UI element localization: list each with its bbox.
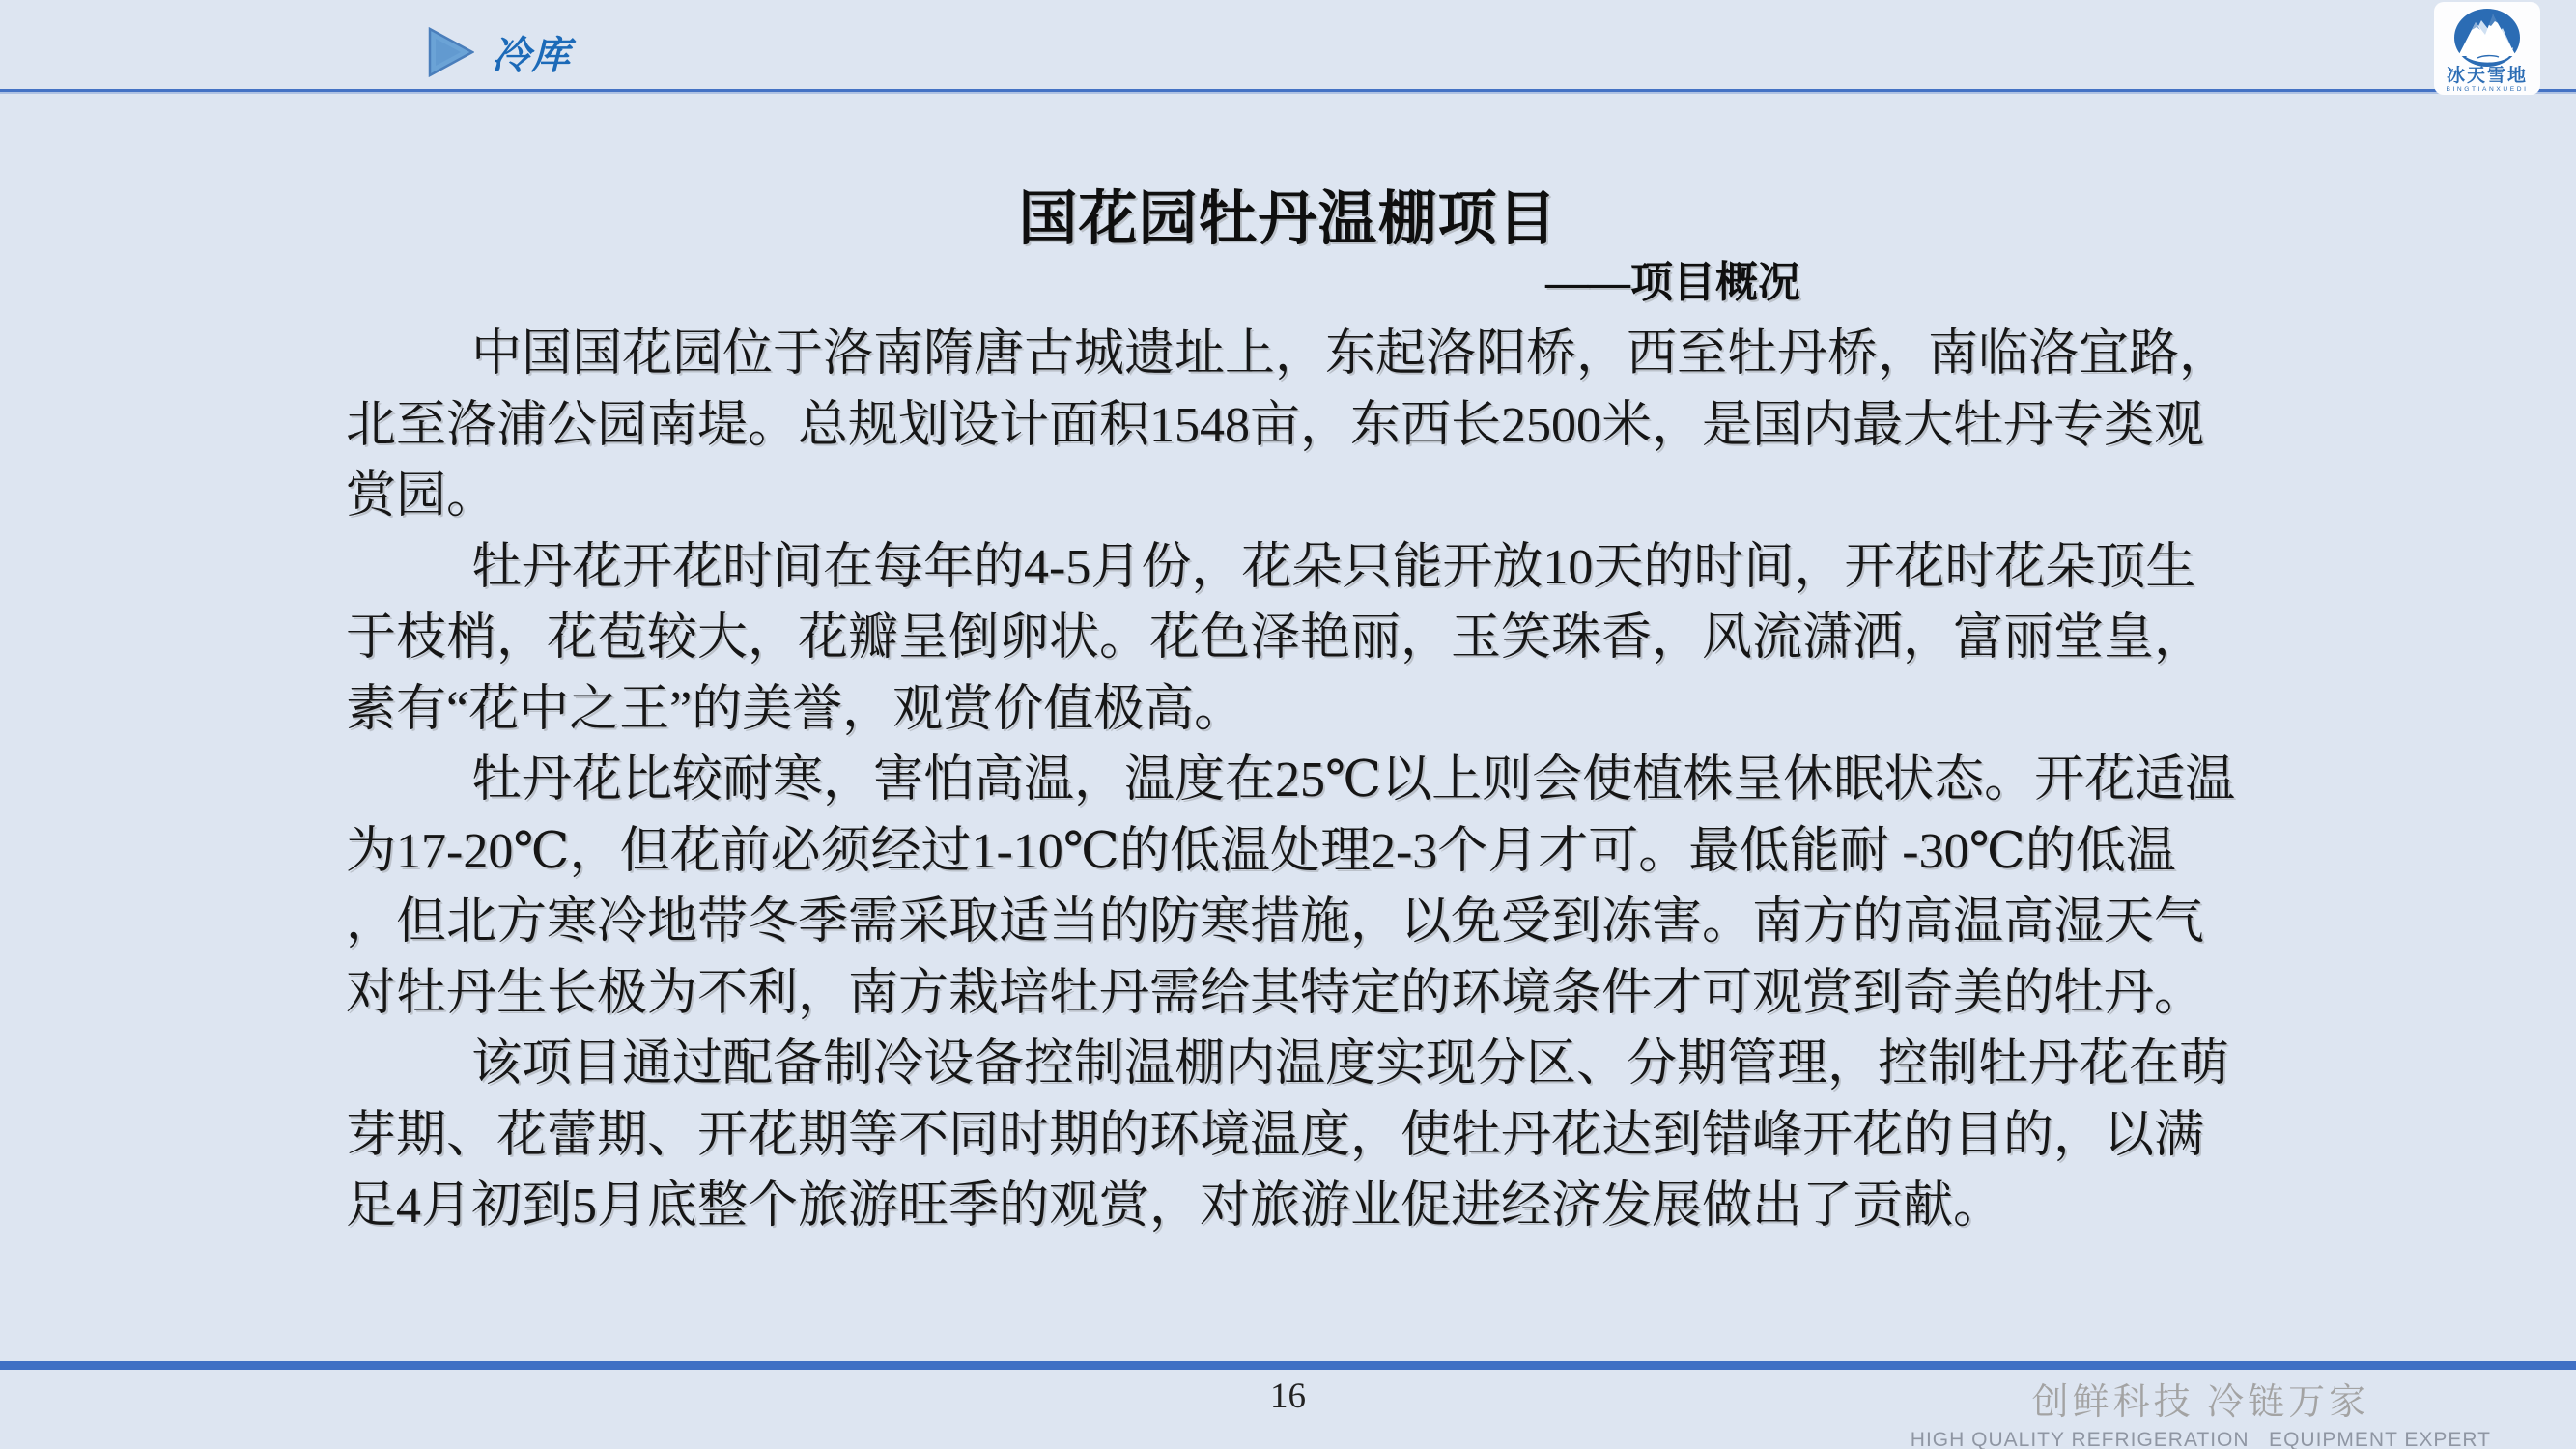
logo-name-text: 冰天雪地: [2447, 64, 2528, 86]
header-divider-line: [0, 89, 2576, 92]
page-subtitle: ——项目概况: [1545, 247, 1800, 309]
page-title: 国花园牡丹温棚项目: [0, 172, 2576, 256]
slogan-english: HIGH QUALITY REFRIGERATION EQUIPMENT EXP…: [1911, 1429, 2491, 1449]
paragraph-line: 对牡丹生长极为不利，南方栽培牡丹需给其特定的环境条件才可观赏到奇美的牡丹。: [346, 958, 2223, 1030]
paragraph-line: 为17-20℃，但花前必须经过1-10℃的低温处理2-3个月才可。最低能耐 -3…: [346, 816, 2223, 888]
footer-bar: [0, 1361, 2576, 1370]
footer-slogan: 创鲜科技 冷链万家 HIGH QUALITY REFRIGERATION EQU…: [1911, 1372, 2491, 1449]
paragraph-line: 芽期、花蕾期、开花期等不同时期的环境温度，使牡丹花达到错峰开花的目的，以满: [346, 1100, 2223, 1172]
section-tab: 冷库: [428, 27, 571, 77]
paragraph-line: 中国国花园位于洛南隋唐古城遗址上，东起洛阳桥，西至牡丹桥，南临洛宜路，: [346, 319, 2223, 390]
paragraph-line: 北至洛浦公园南堤。总规划设计面积1548亩，东西长2500米，是国内最大牡丹专类…: [346, 390, 2223, 462]
paragraph-line: 牡丹花开花时间在每年的4-5月份，花朵只能开放10天的时间，开花时花朵顶生: [346, 532, 2223, 604]
slide: 冷库 冰天雪地 BINGTIANXUEDI 国花园牡丹温棚项目 ——项目概况 中…: [0, 0, 2576, 1449]
paragraph-line: 素有“花中之王”的美誉，观赏价值极高。: [346, 674, 2223, 746]
paragraph-line: 该项目通过配备制冷设备控制温棚内温度实现分区、分期管理，控制牡丹花在萌: [346, 1029, 2223, 1100]
body-text: 中国国花园位于洛南隋唐古城遗址上，东起洛阳桥，西至牡丹桥，南临洛宜路， 北至洛浦…: [346, 319, 2223, 1242]
paragraph-line: ，但北方寒冷地带冬季需采取适当的防寒措施，以免受到冻害。南方的高温高湿天气: [346, 887, 2223, 958]
logo-subtext: BINGTIANXUEDI: [2446, 86, 2528, 93]
paragraph-line: 足4月初到5月底整个旅游旺季的观赏，对旅游业促进经济发展做出了贡献。: [346, 1171, 2223, 1242]
mountain-whale-logo-icon: 冰天雪地 BINGTIANXUEDI: [2435, 3, 2539, 94]
paragraph-line: 赏园。: [346, 461, 2223, 532]
tab-arrow-icon: [428, 27, 474, 77]
paragraph-line: 牡丹花比较耐寒，害怕高温，温度在25℃以上则会使植株呈休眠状态。开花适温: [346, 745, 2223, 816]
slogan-chinese: 创鲜科技 冷链万家: [1911, 1372, 2491, 1425]
paragraph-line: 于枝梢，花苞较大，花瓣呈倒卵状。花色泽艳丽，玉笑珠香，风流潇洒，富丽堂皇，: [346, 603, 2223, 674]
tab-label: 冷库: [492, 25, 571, 80]
company-logo: 冰天雪地 BINGTIANXUEDI: [2434, 2, 2540, 95]
